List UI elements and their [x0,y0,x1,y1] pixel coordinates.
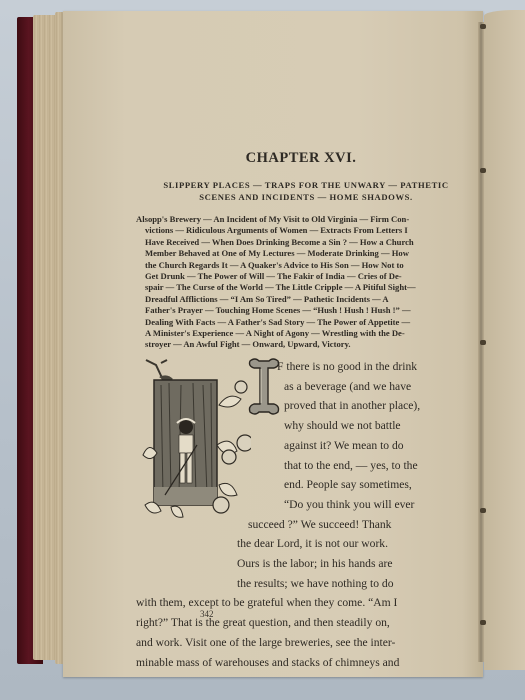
body-line: minable mass of warehouses and stacks of… [136,653,482,673]
body-line: and work. Visit one of the large breweri… [136,633,482,653]
synopsis-line: Alsopp's Brewery — An Incident of My Vis… [136,214,480,225]
synopsis-line: Dealing With Facts — A Father's Sad Stor… [136,317,480,328]
body-line: end. People say sometimes, [136,475,482,495]
synopsis-line: A Minister's Experience — A Night of Ago… [136,328,480,339]
synopsis-line: Have Received — When Does Drinking Becom… [136,237,480,248]
synopsis-line: Member Behaved at One of My Lectures — M… [136,248,480,259]
body-line: F there is no good in the drink [136,357,482,377]
synopsis-line: the Church Regards It — A Quaker's Advic… [136,260,480,271]
body-line: why should we not battle [136,416,482,436]
body-line: “Do you think you will ever [136,495,482,515]
body-line: right?” That is the great question, and … [136,613,482,633]
body-line: as a beverage (and we have [136,377,482,397]
body-line: the results; we have nothing to do [136,574,482,594]
chapter-header: CHAPTER XVI. SLIPPERY PLACES — TRAPS FOR… [136,140,482,351]
body-line: with them, except to be grateful when th… [136,593,482,613]
body-line: succeed ?” We succeed! Thank [136,515,482,535]
chapter-subtitle-line: SCENES AND INCIDENTS — HOME SHADOWS. [136,191,476,203]
chapter-synopsis: Alsopp's Brewery — An Incident of My Vis… [136,214,480,351]
body-paragraph: F there is no good in the drink as a bev… [136,357,482,672]
binding-thread-icon [480,24,486,29]
chapter-subtitle: SLIPPERY PLACES — TRAPS FOR THE UNWARY —… [136,179,476,203]
chapter-title: CHAPTER XVI. [136,140,466,167]
book-page-right [484,10,525,670]
synopsis-line: Get Drunk — The Power of Will — The Faki… [136,271,480,282]
synopsis-line: stroyer — An Awful Fight — Onward, Upwar… [136,339,480,350]
synopsis-line: Dreadful Afflictions — “I Am So Tired” —… [136,294,480,305]
body-line: proved that in another place), [136,396,482,416]
body-line: against it? We mean to do [136,436,482,456]
synopsis-line: victions — Ridiculous Arguments of Women… [136,225,480,236]
synopsis-line: Father's Prayer — Touching Home Scenes —… [136,305,480,316]
body-line: that to the end, — yes, to the [136,456,482,476]
page-number: 342 [200,609,214,619]
chapter-subtitle-line: SLIPPERY PLACES — TRAPS FOR THE UNWARY —… [136,179,476,191]
synopsis-line: spair — The Curse of the World — The Lit… [136,282,480,293]
body-line: Ours is the labor; in his hands are [136,554,482,574]
body-line: the dear Lord, it is not our work. [136,534,482,554]
